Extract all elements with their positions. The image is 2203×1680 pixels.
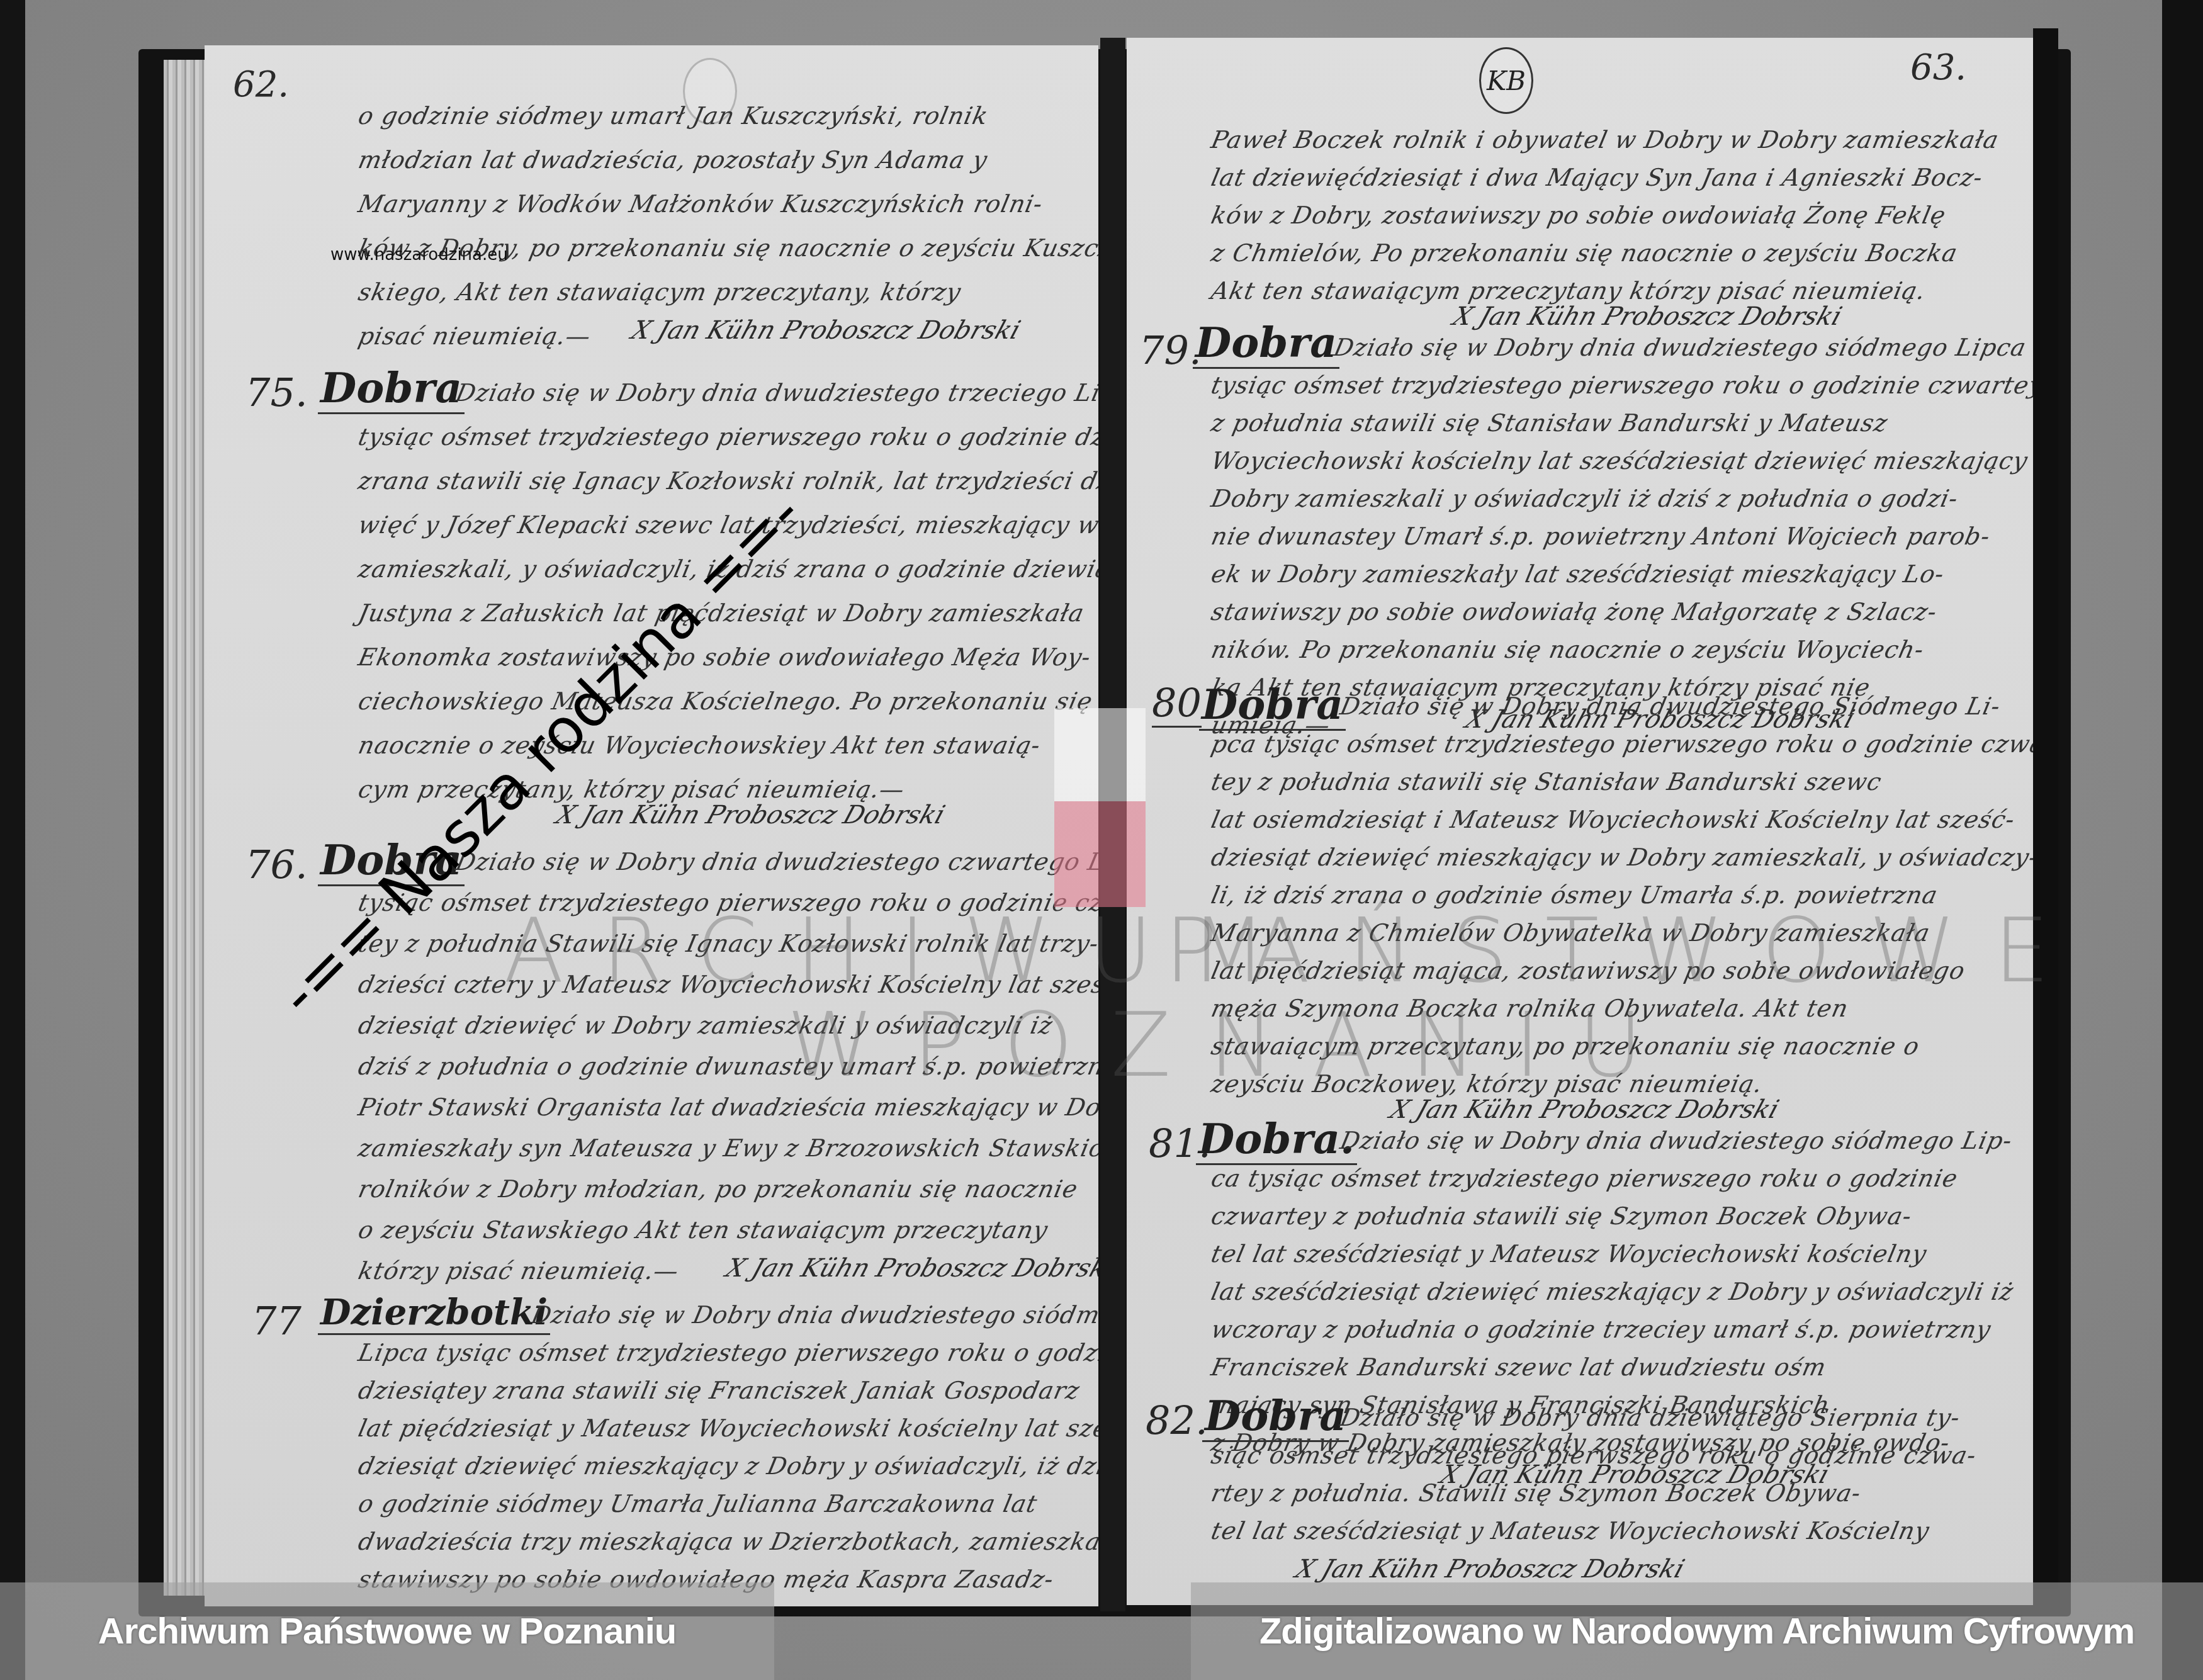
text-line: dwadzieścia trzy mieszkająca w Dzierzbot…: [356, 1528, 1098, 1555]
site-url-watermark: www.naszarodzina.eu: [330, 245, 508, 264]
text-line: o godzinie siódmey umarł Jan Kuszczyński…: [356, 102, 991, 130]
text-line: dziesiąt dziewięć mieszkający w Dobry za…: [1209, 843, 2033, 871]
text-line: Działo się w Dobry dnia dwudziestego sió…: [1338, 1127, 2015, 1154]
signature: X Jan Kühn Proboszcz Dobrski: [553, 801, 949, 830]
text-line: Maryanny z Wodków Małżonków Kuszczyńskic…: [356, 190, 1045, 218]
text-line: rtey z południa. Stawili się Szymon Bocz…: [1209, 1479, 1864, 1507]
page-edges: [164, 60, 208, 1596]
text-line: lat dziewięćdziesiąt i dwa Mający Syn Ja…: [1209, 164, 1985, 191]
text-line: tey z południa stawili się Stanisław Ban…: [1209, 768, 1884, 796]
signature: X Jan Kühn Proboszcz Dobrski: [628, 316, 1025, 345]
text-line: dziesiąt dziewięć mieszkający z Dobry y …: [356, 1452, 1098, 1480]
page-number: 63.: [1910, 47, 1966, 88]
entry-place: Dobra.: [1196, 1114, 1357, 1165]
text-line: Paweł Boczek rolnik i obywatel w Dobry w…: [1209, 126, 2001, 154]
left-page: 62. o godzinie siódmey umarł Jan Kuszczy…: [205, 45, 1098, 1606]
text-line: tel lat sześćdziesiąt y Mateusz Woyciech…: [1209, 1240, 1929, 1268]
scanner-frame-left: [0, 0, 25, 1680]
text-line: tysiąc ośmset trzydziestego pierwszego r…: [1209, 371, 2033, 399]
text-line: tel lat sześćdziesiąt y Mateusz Woyciech…: [1209, 1517, 1932, 1545]
entry-number: 82.: [1146, 1397, 1208, 1443]
text-line: lat pięćdziesiąt y Mateusz Woyciechowski…: [356, 1414, 1098, 1442]
text-line: ków z Dobry, zostawiwszy po sobie owdowi…: [1209, 201, 1948, 229]
flag-watermark-white: [1054, 708, 1146, 801]
footer-digitized-label: Zdigitalizowano w Narodowym Archiwum Cyf…: [1259, 1610, 2134, 1652]
archive-watermark-line1-right: PAŃSTWOWE: [1164, 900, 2087, 1003]
text-line: zrana stawili się Ignacy Kozłowski rolni…: [356, 467, 1098, 495]
scanner-frame-right: [2162, 0, 2203, 1680]
right-page: KB 63. Paweł Boczek rolnik i obywatel w …: [1127, 38, 2033, 1605]
text-line: ek w Dobry zamieszkały lat sześćdziesiąt…: [1209, 560, 1947, 588]
entry-number: 75.: [245, 369, 308, 415]
text-line: Dobry zamieszkali y oświadczyli iż dziś …: [1209, 485, 1961, 512]
archive-watermark-line2-left: W: [787, 995, 911, 1097]
signature: X Jan Kühn Proboszcz Dobrski: [723, 1254, 1098, 1283]
footer-archive-label: Archiwum Państwowe w Poznaniu: [98, 1610, 676, 1652]
text-line: Działo się w Dobry dnia dwudziestego czw…: [453, 848, 1098, 876]
text-line: wczoray z południa o godzinie trzeciey u…: [1209, 1316, 1993, 1343]
text-line: czwartey z południa stawili się Szymon B…: [1209, 1202, 1914, 1230]
footer-archive-bar: Archiwum Państwowe w Poznaniu: [0, 1582, 774, 1680]
text-line: z południa stawili się Stanisław Bandurs…: [1209, 409, 1890, 437]
entry-place: Dobra: [318, 363, 465, 414]
book-right-edge: [2033, 28, 2058, 1589]
text-line: skiego, Akt ten stawaiącym przeczytany, …: [356, 278, 964, 306]
text-line: pca tysiąc ośmset trzydziestego pierwsze…: [1209, 730, 2033, 758]
text-line: którzy pisać nieumieią.—: [356, 1257, 681, 1285]
text-line: Franciszek Bandurski szewc lat dwudziest…: [1209, 1353, 1828, 1381]
text-line: Lipca tysiąc ośmset trzydziestego pierws…: [356, 1339, 1098, 1367]
text-line: cym przeczytany, którzy pisać nieumieią.…: [356, 775, 907, 803]
text-line: stawiwszy po sobie owdowiałą żonę Małgor…: [1209, 598, 1940, 626]
entry-number: 76.: [245, 842, 308, 888]
text-line: Woyciechowski kościelny lat sześćdziesią…: [1209, 447, 2033, 475]
entry-place: Dobra: [1199, 680, 1346, 731]
footer-digitized-bar: Zdigitalizowano w Narodowym Archiwum Cyf…: [1191, 1582, 2203, 1680]
text-line: Działo się w Dobry dnia dwudziestego sió…: [1331, 334, 2029, 361]
text-line: Akt ten stawaiącym przeczytany którzy pi…: [1209, 277, 1929, 305]
entry-place: Dobra: [1202, 1391, 1349, 1442]
text-line: Piotr Stawski Organista lat dwadzieścia …: [356, 1093, 1098, 1121]
text-line: lat sześćdziesiąt dziewięć mieszkający z…: [1209, 1278, 2016, 1305]
text-line: ników. Po przekonaniu się naocznie o zey…: [1209, 636, 1927, 663]
text-line: Ekonomka zostawiwszy po sobie owdowiałeg…: [356, 643, 1093, 671]
entry-number: 77: [252, 1298, 301, 1344]
entry-place: Dzierzbotki: [318, 1292, 550, 1335]
text-line: o zeyściu Stawskiego Akt ten stawaiącym …: [356, 1216, 1051, 1244]
entry-place: Dobra: [1193, 318, 1339, 369]
text-line: tysiąc ośmset trzydziestego pierwszego r…: [356, 423, 1098, 451]
text-line: siąc ośmset trzydziestego pierwszego rok…: [1209, 1441, 1979, 1469]
text-line: dziesiątey zrana stawili się Franciszek …: [356, 1377, 1082, 1404]
signature: X Jan Kühn Proboszcz Dobrski: [1450, 302, 1846, 331]
text-line: młodzian lat dwadzieścia, pozostały Syn …: [356, 146, 990, 174]
text-line: rolników z Dobry młodzian, po przekonani…: [356, 1175, 1080, 1203]
page-number: 62.: [233, 64, 289, 105]
text-line: lat osiemdziesiąt i Mateusz Woyciechowsk…: [1209, 806, 2017, 833]
flag-watermark-red: [1054, 801, 1146, 907]
text-line: zamieszkały syn Mateusza y Ewy z Brzozow…: [356, 1134, 1098, 1162]
text-line: Działo się w Dobry dnia dwudziestego trz…: [453, 379, 1098, 407]
entry-number: 79.: [1139, 327, 1202, 373]
signature: X Jan Kühn Proboszcz Dobrski: [1387, 1095, 1783, 1124]
text-line: Działo się w Dobry dnia dziewiątego Sier…: [1338, 1404, 1963, 1431]
monogram-stamp-icon: KB: [1479, 47, 1533, 114]
text-line: z Chmielów, Po przekonaniu się naocznie …: [1209, 239, 1960, 267]
text-line: pisać nieumieią.—: [356, 322, 594, 350]
text-line: nie dwunastey Umarł ś.p. powietrzny Anto…: [1209, 522, 1993, 550]
text-line: ciechowskiego Mateusza Kościelnego. Po p…: [356, 687, 1095, 715]
text-line: ca tysiąc ośmset trzydziestego pierwszeg…: [1209, 1164, 1960, 1192]
signature: X Jan Kühn Proboszcz Dobrski: [1292, 1555, 1689, 1584]
text-line: Działo się w Dobry dnia dwudziestego Sió…: [1338, 692, 2003, 720]
entry-number: 80: [1152, 680, 1202, 728]
text-line: o godzinie siódmey Umarła Julianna Barcz…: [356, 1490, 1040, 1518]
text-line: Działo się w Dobry dnia dwudziestego sió…: [529, 1301, 1098, 1329]
archive-watermark-line2-right: POZNANIU: [913, 995, 1681, 1097]
text-line: naocznie o zeyściu Woyciechowskiey Akt t…: [356, 731, 1043, 759]
